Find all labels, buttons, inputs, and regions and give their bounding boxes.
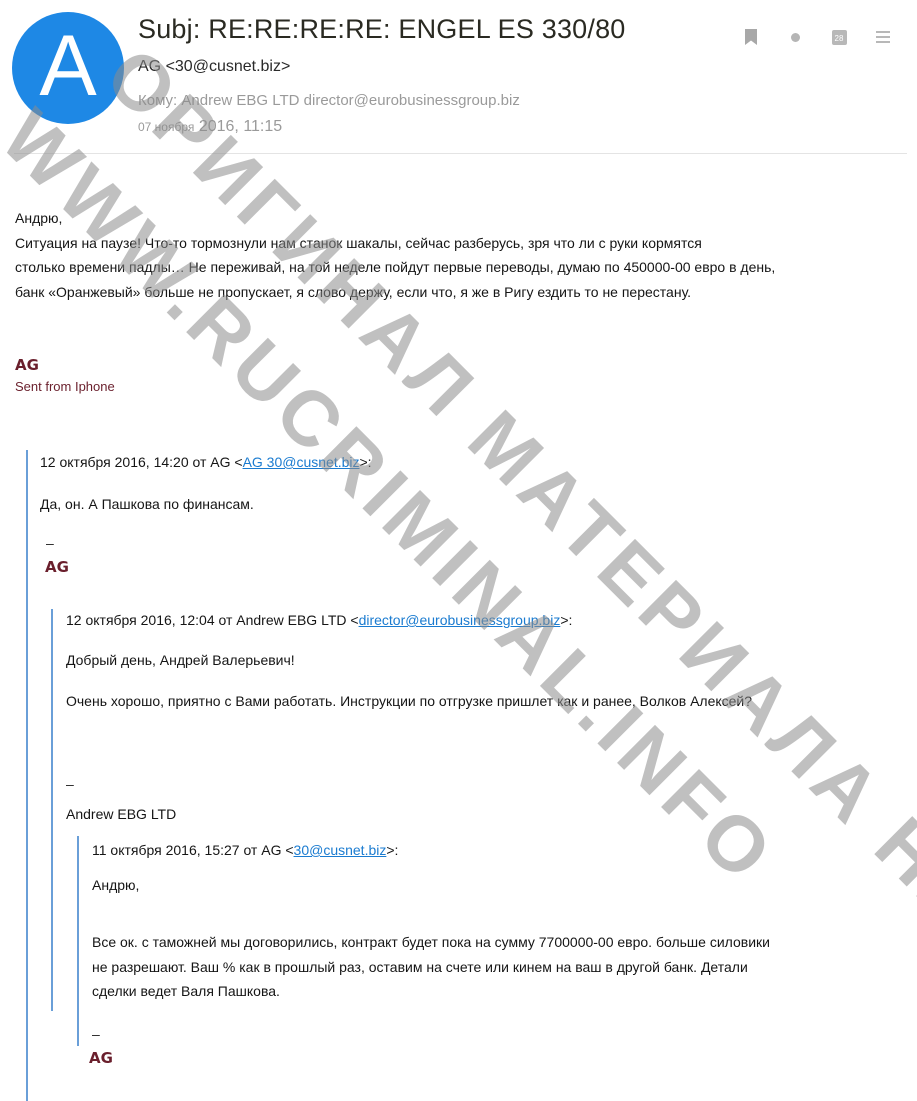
email-date: 07 ноября 2016, 11:15 — [138, 118, 282, 136]
signature-name: AG — [15, 354, 115, 376]
message-greeting: Андрю, — [15, 206, 905, 231]
email-sender[interactable]: AG <30@cusnet.biz> — [138, 58, 290, 76]
quote-bar-level-3 — [77, 836, 79, 1046]
email-date-day: 07 ноября — [138, 120, 194, 134]
quote3-sender-link[interactable]: 30@cusnet.biz — [294, 842, 387, 858]
quote1-sig-dash: – — [46, 535, 54, 551]
email-recipient: Кому: Andrew EBG LTD director@eurobusine… — [138, 92, 520, 109]
quote2-sender-link[interactable]: director@eurobusinessgroup.biz — [359, 612, 561, 628]
quote1-header: 12 октября 2016, 14:20 от AG <AG 30@cusn… — [40, 454, 372, 470]
watermark-line-1: ОРИГИНАЛ МАТЕРИАЛА НА — [88, 30, 917, 952]
message-signature: AG Sent from Iphone — [15, 354, 115, 398]
quote2-body: Очень хорошо, приятно с Вами работать. И… — [66, 693, 752, 709]
menu-button[interactable] — [861, 26, 905, 48]
message-line: банк «Оранжевый» больше не пропускает, я… — [15, 280, 905, 305]
email-date-time: 2016, 11:15 — [194, 118, 282, 135]
quote3-greeting: Андрю, — [92, 877, 139, 893]
signature-sent-from: Sent from Iphone — [15, 376, 115, 398]
email-view: A Subj: RE:RE:RE:RE: ENGEL ES 330/80 AG … — [0, 0, 917, 1101]
bookmark-icon — [745, 29, 757, 45]
email-actions: 28 — [729, 26, 905, 48]
quote2-header: 12 октября 2016, 12:04 от Andrew EBG LTD… — [66, 612, 572, 628]
quote3-line: не разрешают. Ваш % как в прошлый раз, о… — [92, 959, 748, 975]
mark-read-button[interactable] — [773, 26, 817, 48]
quote2-signature: Andrew EBG LTD — [66, 806, 176, 822]
quote3-line: сделки ведет Валя Пашкова. — [92, 983, 280, 999]
message-line: Ситуация на паузе! Что-то тормознули нам… — [15, 231, 905, 256]
quote1-signature: AG — [45, 558, 69, 576]
quote1-body: Да, он. А Пашкова по финансам. — [40, 496, 254, 512]
header-divider — [14, 153, 907, 154]
quote-bar-level-2 — [51, 609, 53, 1011]
quote3-signature: AG — [89, 1049, 113, 1067]
quote3-header: 11 октября 2016, 15:27 от AG <30@cusnet.… — [92, 842, 398, 858]
bookmark-button[interactable] — [729, 26, 773, 48]
menu-icon — [876, 31, 890, 43]
quote3-sig-dash: – — [92, 1026, 100, 1042]
calendar-icon: 28 — [832, 30, 847, 45]
quote2-sig-dash: – — [66, 776, 74, 792]
message-line: столько времени падлы… Не переживай, на … — [15, 255, 905, 280]
email-subject: Subj: RE:RE:RE:RE: ENGEL ES 330/80 — [138, 14, 626, 45]
quote3-line: Все ок. с таможней мы договорились, конт… — [92, 934, 770, 950]
quote1-sender-link[interactable]: AG 30@cusnet.biz — [243, 454, 360, 470]
dot-icon — [791, 33, 800, 42]
avatar-letter: A — [39, 23, 96, 109]
sender-avatar: A — [12, 12, 124, 124]
message-body: Андрю, Ситуация на паузе! Что-то тормозн… — [15, 206, 905, 304]
quote2-greeting: Добрый день, Андрей Валерьевич! — [66, 652, 295, 668]
calendar-button[interactable]: 28 — [817, 26, 861, 48]
quote-bar-level-1 — [26, 450, 28, 1101]
